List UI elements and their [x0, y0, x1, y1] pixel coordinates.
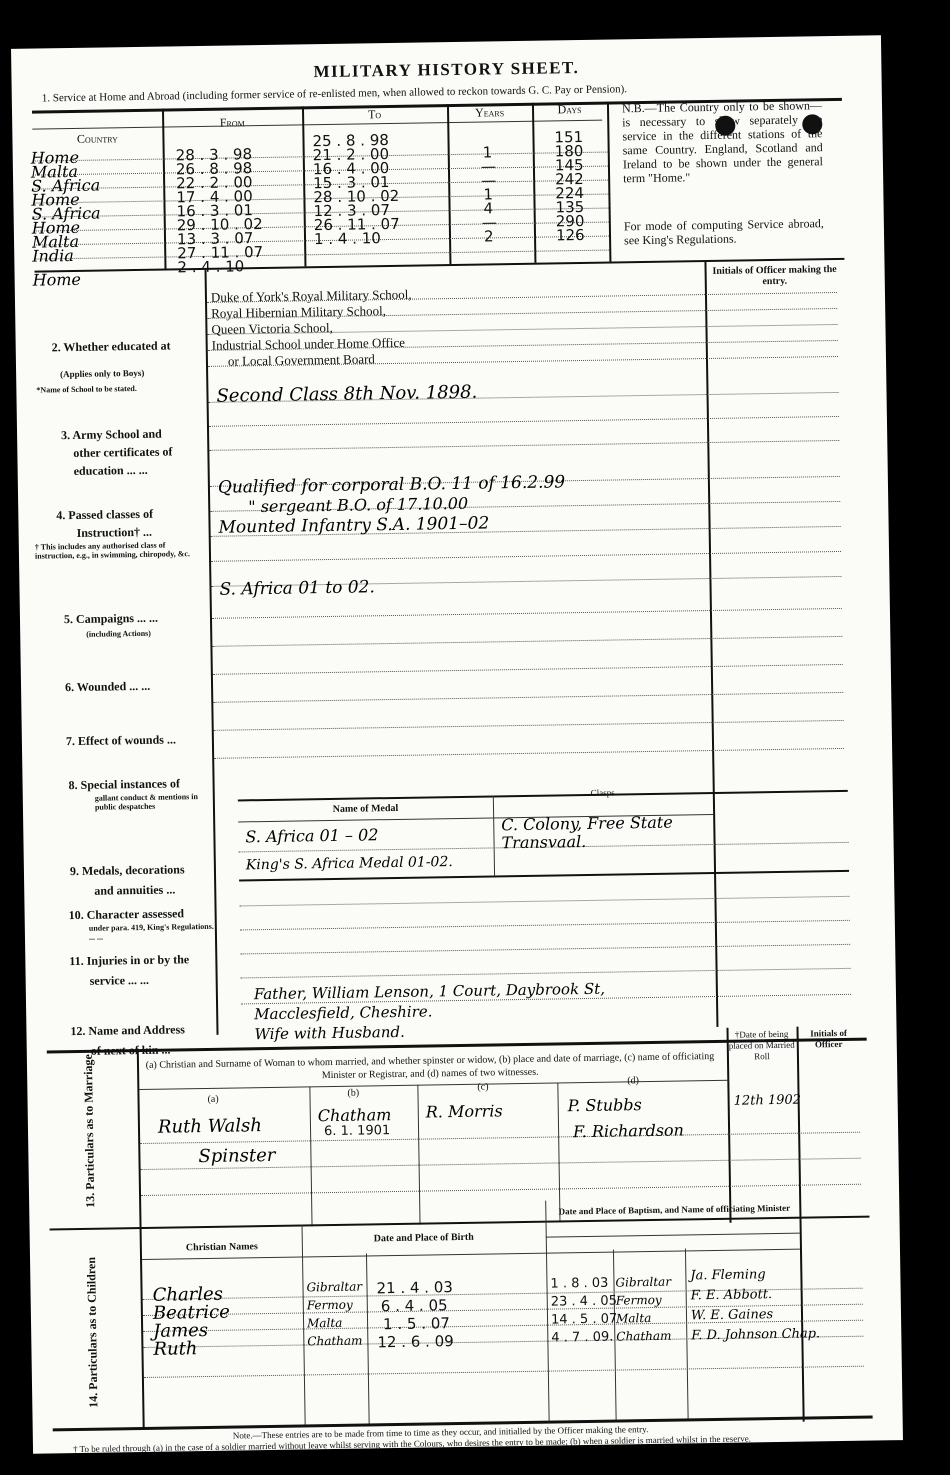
divider: [50, 1216, 870, 1231]
rule-line: [240, 944, 850, 955]
rule-line: [241, 968, 851, 979]
service-row: S. Africa 16 . 3 . 01 28 . 10 . 02 1 224: [11, 35, 881, 49]
col-divider: [532, 103, 537, 263]
col-divider: [447, 104, 452, 264]
medal-name: S. Africa 01 – 02: [245, 825, 378, 846]
rule-line: [141, 1184, 861, 1196]
computing-note: For mode of computing Service abroad, se…: [624, 216, 824, 247]
service-row: Home 17 . 4 . 00 15 . 3 . 01 — 242: [11, 35, 881, 49]
col-header-country: Country: [32, 131, 162, 148]
child-row: Ruth Chatham 12 . 6 . 09 4 . 7 . 09. Cha…: [11, 35, 881, 49]
service-row: Malta 26 . 8 . 98 21 . 2 . 00 1 180: [11, 35, 881, 49]
col-divider: [557, 1082, 560, 1222]
child-row: Beatrice Fermoy 6 . 4 . 05 23 . 4 . 05 F…: [11, 35, 881, 49]
rule-line: [240, 896, 850, 907]
page-subtitle: (including former service of re-enlisted…: [183, 83, 628, 102]
col-divider: [137, 1052, 145, 1427]
section-character: 10. Character assessed under para. 419, …: [11, 35, 881, 49]
section-children: 14. Particulars as to Children Christian…: [11, 35, 881, 49]
section-wounded-label: 6. Wounded ... ...: [65, 679, 150, 695]
bride-name: Ruth Walsh: [158, 1115, 262, 1138]
section-army-school: 3. Army School and other certificates of…: [11, 35, 881, 49]
service-row: Home 28 . 3 . 98 25 . 8 . 98 151: [11, 35, 881, 49]
marriage-date: 6. 1. 1901: [324, 1123, 390, 1139]
section-effect-wounds-label: 7. Effect of wounds ...: [66, 732, 176, 749]
col-header-days: Days: [532, 102, 607, 118]
col-divider: [309, 1086, 312, 1226]
col-header-years: Years: [447, 105, 532, 121]
section-education: 2. Whether educated at (Applies only to …: [11, 35, 881, 49]
child-row: James Malta 1 . 5 . 07 14 . 5 . 07 Malta…: [11, 35, 881, 49]
rule-line: [209, 416, 839, 427]
rule-line: [214, 720, 844, 731]
rule-line: [211, 551, 841, 562]
initials-col-divider: [704, 262, 718, 1027]
nb-note: N.B.—The Country only to be shown— is ne…: [622, 98, 823, 185]
initials-header: Initials of Officer making the entry.: [710, 264, 840, 288]
section-campaigns: 5. Campaigns ... ... (including Actions)…: [11, 35, 881, 49]
page-title: MILITARY HISTORY SHEET.: [11, 53, 881, 87]
marriage-place: Chatham: [318, 1105, 392, 1125]
col-divider: [366, 1253, 370, 1423]
service-section-heading: 1. Service at Home and Abroad (including…: [42, 83, 627, 104]
col-divider: [493, 795, 495, 875]
section-next-of-kin: 12. Name and Address of next of kin ... …: [11, 35, 881, 49]
married-roll-header: †Date of being placed on Married Roll: [729, 1029, 796, 1063]
section-injuries: 11. Injuries in or by the service ... ..…: [11, 35, 881, 49]
col-header-to: To: [302, 106, 447, 123]
witness-1: P. Stubbs: [568, 1095, 642, 1115]
rule-line: [213, 692, 843, 703]
divider: [546, 1233, 800, 1238]
service-row: India 27 . 11 . 07 1 . 4 . 10 2 126: [11, 35, 881, 49]
rule-line: [213, 664, 843, 675]
section-instruction: 4. Passed classes of Instruction† ... † …: [11, 35, 881, 49]
rule-line: [212, 636, 842, 647]
main-col-divider: [205, 270, 219, 1035]
col-divider: [302, 106, 307, 266]
service-row: Malta 13 . 3 . 07 26 . 11 . 07 — 290: [11, 35, 881, 49]
child-row: Charles Gibraltar 21 . 4 . 03 1 . 8 . 03…: [11, 35, 881, 49]
service-row: Home 2 . 4 . 10: [11, 35, 881, 49]
section-special-instances: 8. Special instances of gallant conduct …: [11, 35, 881, 49]
rule-line: [240, 920, 850, 931]
rule-line: [212, 608, 842, 619]
section-medals: 9. Medals, decorations and annuities ...…: [11, 35, 881, 49]
col-divider: [417, 1085, 420, 1225]
rule-line: [144, 1366, 864, 1378]
witness-2: F. Richardson: [573, 1120, 684, 1141]
col-divider: [162, 109, 167, 269]
col-divider: [302, 1224, 306, 1424]
col-divider: [545, 1201, 549, 1421]
col-header-from: From: [162, 114, 302, 131]
col-divider: [607, 102, 612, 262]
officiating-minister: R. Morris: [426, 1101, 503, 1121]
section-marriage: 13. Particulars as to Marriage (a) Chris…: [11, 35, 881, 49]
married-roll-date: 12th 1902: [734, 1093, 802, 1109]
bride-status: Spinster: [198, 1145, 275, 1167]
medal-clasps: Transvaal.: [501, 832, 586, 852]
rule-line: [214, 748, 844, 759]
service-row: S. Africa 22 . 2 . 00 16 . 4 . 00 — 145: [11, 35, 881, 49]
col-divider: [685, 1248, 689, 1418]
medal-clasps: C. Colony, Free State: [501, 813, 673, 835]
row-line: [34, 250, 609, 260]
marriage-initials-header: Initials of Officer: [799, 1028, 859, 1051]
service-row: Home 29 . 10 . 02 12 . 3 . 07 4 135: [11, 35, 881, 49]
medal-name: King's S. Africa Medal 01-02.: [246, 854, 453, 873]
military-history-sheet: MILITARY HISTORY SHEET. 1. Service at Ho…: [11, 35, 903, 1453]
rule-line: [209, 440, 839, 451]
col-divider: [796, 1027, 804, 1422]
